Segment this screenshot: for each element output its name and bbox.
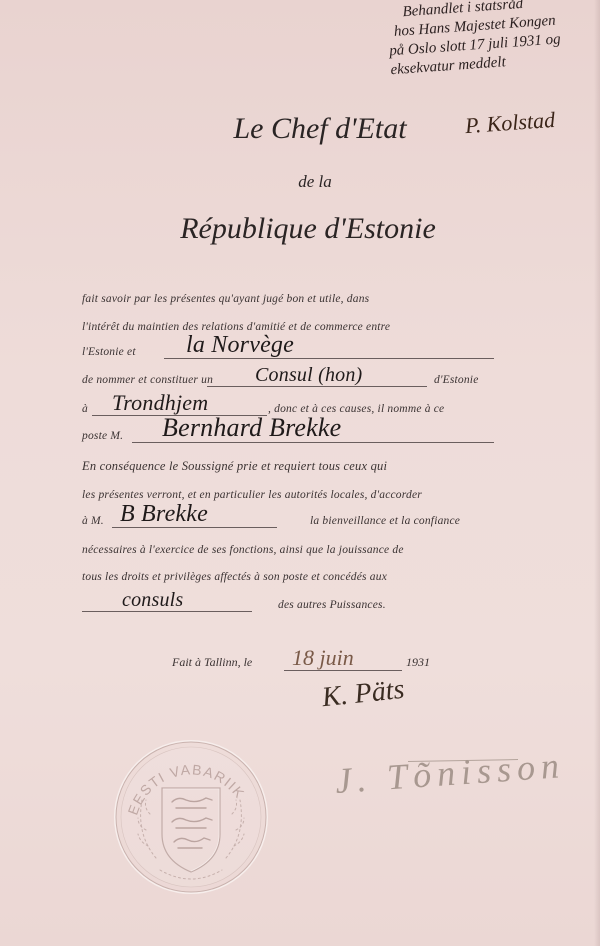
countersign-signature: J. Tõnisson: [334, 744, 566, 802]
place-text: Fait à Tallinn, le: [172, 655, 252, 670]
appointee-short-value: B Brekke: [120, 501, 208, 528]
appointee-field: Bernhard Brekke: [132, 420, 494, 443]
consular-commission-document: Behandlet i statsråd hos Hans Majestet K…: [0, 0, 600, 946]
appointee-value: Bernhard Brekke: [162, 413, 341, 443]
embossed-seal-icon: EESTI VABARIIK: [112, 738, 270, 896]
body-line: En conséquence le Soussigné prie et requ…: [82, 452, 496, 478]
body-line: à M. B Brekke la bienveillance et la con…: [82, 505, 496, 531]
body-text: à M.: [82, 515, 104, 527]
heading-de-la: de la: [0, 172, 600, 192]
heading-chef-detat: Le Chef d'Etat: [0, 112, 600, 146]
appointee-short-field: B Brekke: [112, 505, 277, 528]
handwritten-annotation: Behandlet i statsråd hos Hans Majestet K…: [392, 0, 600, 80]
body-line: consuls des autres Puissances.: [82, 589, 496, 615]
country-field: la Norvège: [164, 336, 494, 359]
body-line: de nommer et constituer un Consul (hon) …: [82, 364, 496, 390]
body-text: poste M.: [82, 430, 123, 442]
body-text: à: [82, 403, 88, 415]
body-line: fait savoir par les présentes qu'ayant j…: [82, 283, 496, 309]
consuls-value: consuls: [122, 589, 183, 612]
body-line: tous les droits et privilèges affectés à…: [82, 561, 496, 587]
year-text: 1931: [406, 655, 430, 670]
date-field: 18 juin: [284, 648, 402, 671]
body-line: poste M. Bernhard Brekke: [82, 420, 496, 446]
body-text: nécessaires à l'exercice de ses fonction…: [82, 544, 404, 556]
body-text: fait savoir par les présentes qu'ayant j…: [82, 293, 369, 305]
rank-value: Consul (hon): [255, 364, 362, 387]
place-date-line: Fait à Tallinn, le 18 juin 1931: [172, 648, 412, 674]
body-text: l'Estonie et: [82, 346, 136, 358]
body-text: En conséquence le Soussigné prie et requ…: [82, 459, 387, 474]
body-text: de nommer et constituer un: [82, 374, 213, 386]
heading-republique: République d'Estonie: [0, 212, 600, 246]
body-text: la bienveillance et la confiance: [310, 515, 460, 527]
consuls-field: consuls: [82, 589, 252, 612]
country-value: la Norvège: [186, 332, 294, 359]
body-text: les présentes verront, et en particulier…: [82, 489, 422, 501]
rank-field: Consul (hon): [207, 364, 427, 387]
date-value: 18 juin: [292, 645, 354, 671]
body-text: tous les droits et privilèges affectés à…: [82, 571, 387, 583]
body-text: des autres Puissances.: [278, 599, 386, 611]
head-of-state-signature: K. Päts: [321, 674, 406, 714]
body-text: d'Estonie: [434, 374, 479, 386]
body-line: nécessaires à l'exercice de ses fonction…: [82, 534, 496, 560]
body-line: l'Estonie et la Norvège: [82, 336, 496, 362]
